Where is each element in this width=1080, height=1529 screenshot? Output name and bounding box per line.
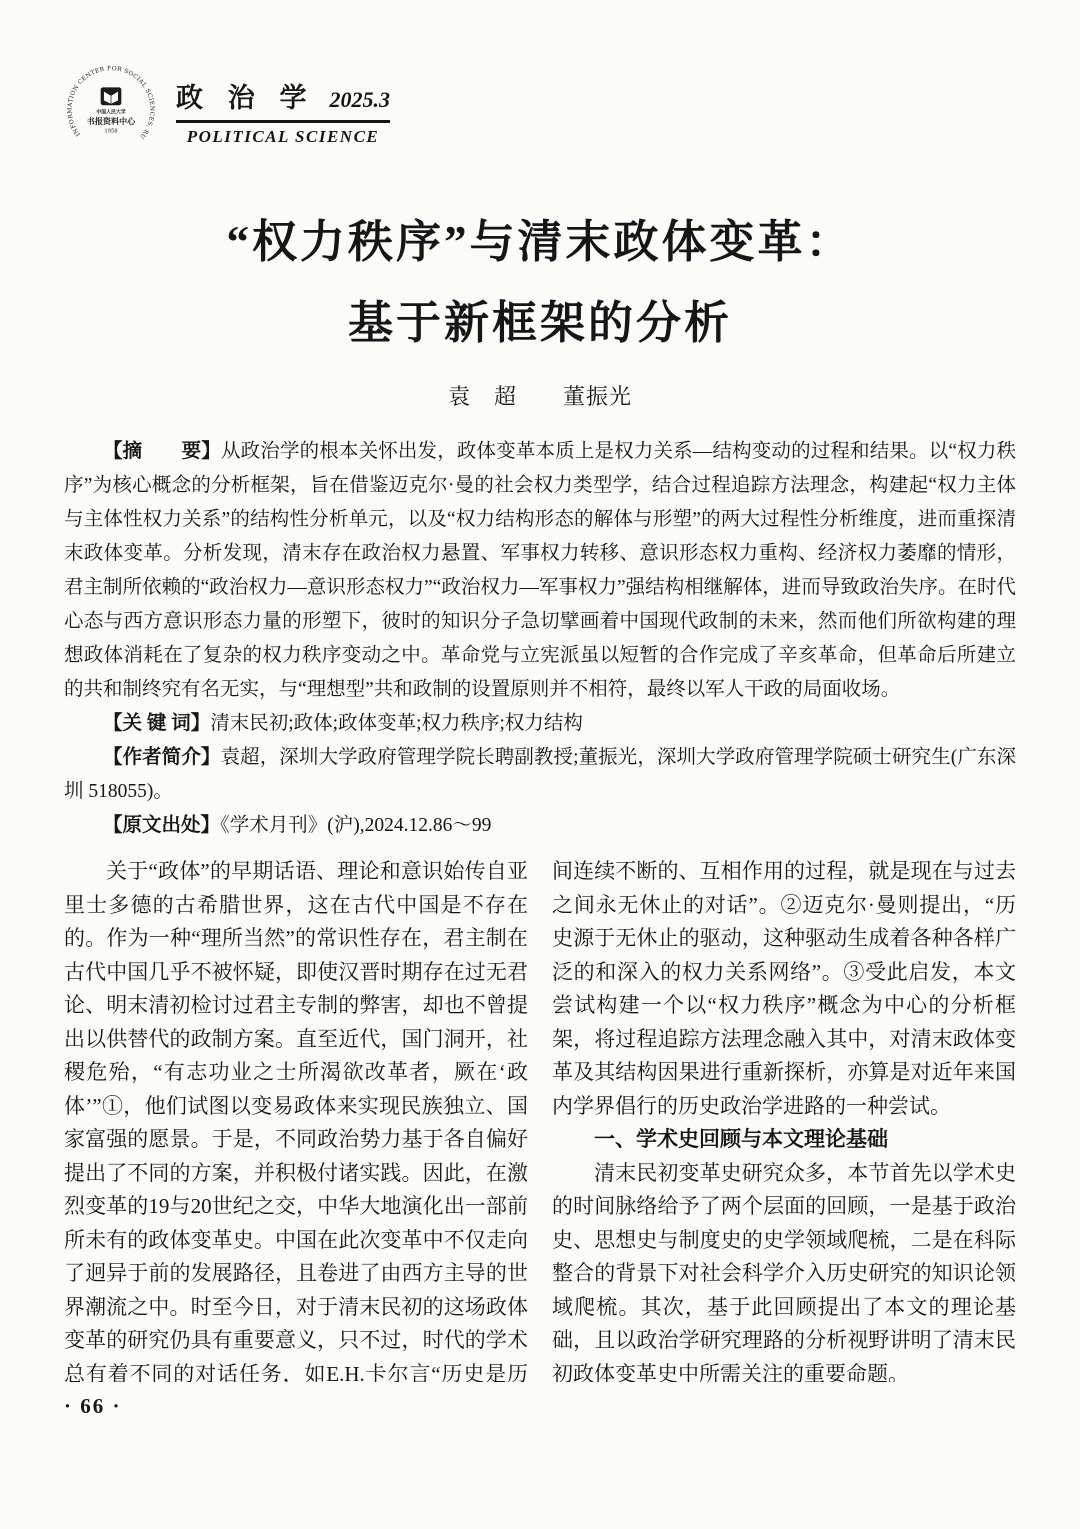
abstract-text: 从政治学的根本关怀出发，政体变革本质上是权力关系—结构变动的过程和结果。以“权力… (64, 441, 1016, 700)
keywords-text: 清末民初;政体;政体变革;权力秩序;权力结构 (210, 713, 583, 734)
journal-seal-logo: INFORMATION CENTER FOR SOCIAL SCIENCES, … (64, 62, 158, 156)
body-paragraph-left: 关于“政体”的早期话语、理论和意识始传自亚里士多德的古希腊世界，这在古代中国是不… (64, 855, 528, 1382)
left-column: 关于“政体”的早期话语、理论和意识始传自亚里士多德的古希腊世界，这在古代中国是不… (64, 855, 528, 1382)
article-title: “权力秩序”与清末政体变革： 基于新框架的分析 (64, 220, 1016, 346)
seal-university-text: 中国人民大学 (96, 109, 125, 116)
article-authors: 袁 超 董振光 (64, 380, 1016, 411)
journal-issue: 2025.3 (330, 87, 391, 113)
right-column: 间连续不断的、互相作用的过程，就是现在与过去之间永无休止的对话”。②迈克尔·曼则… (552, 855, 1016, 1382)
article-title-line1: “权力秩序”与清末政体变革： (64, 220, 1016, 265)
keywords-label: 【关 键 词】 (103, 713, 210, 734)
journal-title-block: 政 治 学 2025.3 POLITICAL SCIENCE (176, 76, 390, 147)
body-paragraph-right: 清末民初变革史研究众多，本节首先以学术史的时间脉络给予了两个层面的回顾，一是基于… (552, 1157, 1016, 1383)
source-text: 《学术月刊》(沪),2024.12.86～99 (220, 815, 491, 836)
abstract-label: 【摘 要】 (103, 441, 221, 462)
front-matter: 【摘 要】从政治学的根本关怀出发，政体变革本质上是权力关系—结构变动的过程和结果… (64, 435, 1016, 843)
journal-name-cn: 政 治 学 (176, 76, 316, 115)
journal-masthead: INFORMATION CENTER FOR SOCIAL SCIENCES, … (64, 62, 1016, 166)
section-heading: 一、学术史回顾与本文理论基础 (552, 1123, 1016, 1157)
abstract-paragraph: 【摘 要】从政治学的根本关怀出发，政体变革本质上是权力关系—结构变动的过程和结果… (64, 435, 1016, 707)
page-number: · 66 · (64, 1394, 122, 1418)
body-columns: 关于“政体”的早期话语、理论和意识始传自亚里士多德的古希腊世界，这在古代中国是不… (64, 855, 1016, 1382)
source-line: 【原文出处】《学术月刊》(沪),2024.12.86～99 (64, 809, 1016, 843)
journal-name-row: 政 治 学 2025.3 (176, 76, 390, 123)
journal-name-en: POLITICAL SCIENCE (176, 127, 390, 147)
article-title-line2: 基于新框架的分析 (64, 301, 1016, 346)
author-bio-line: 【作者简介】袁超，深圳大学政府管理学院长聘副教授;董振光，深圳大学政府管理学院硕… (64, 741, 1016, 809)
seal-year-text: 1958 (105, 129, 118, 135)
author-bio-label: 【作者简介】 (103, 747, 221, 768)
journal-article-page: INFORMATION CENTER FOR SOCIAL SCIENCES, … (0, 0, 1080, 1529)
source-label: 【原文出处】 (103, 815, 220, 836)
seal-icon: INFORMATION CENTER FOR SOCIAL SCIENCES, … (64, 62, 158, 156)
body-paragraph-continuation: 间连续不断的、互相作用的过程，就是现在与过去之间永无休止的对话”。②迈克尔·曼则… (552, 855, 1016, 1123)
keywords-line: 【关 键 词】清末民初;政体;政体变革;权力秩序;权力结构 (64, 707, 1016, 741)
page-footer: · 66 · (64, 1394, 1016, 1419)
seal-center-name-text: 书报资料中心 (87, 116, 136, 126)
